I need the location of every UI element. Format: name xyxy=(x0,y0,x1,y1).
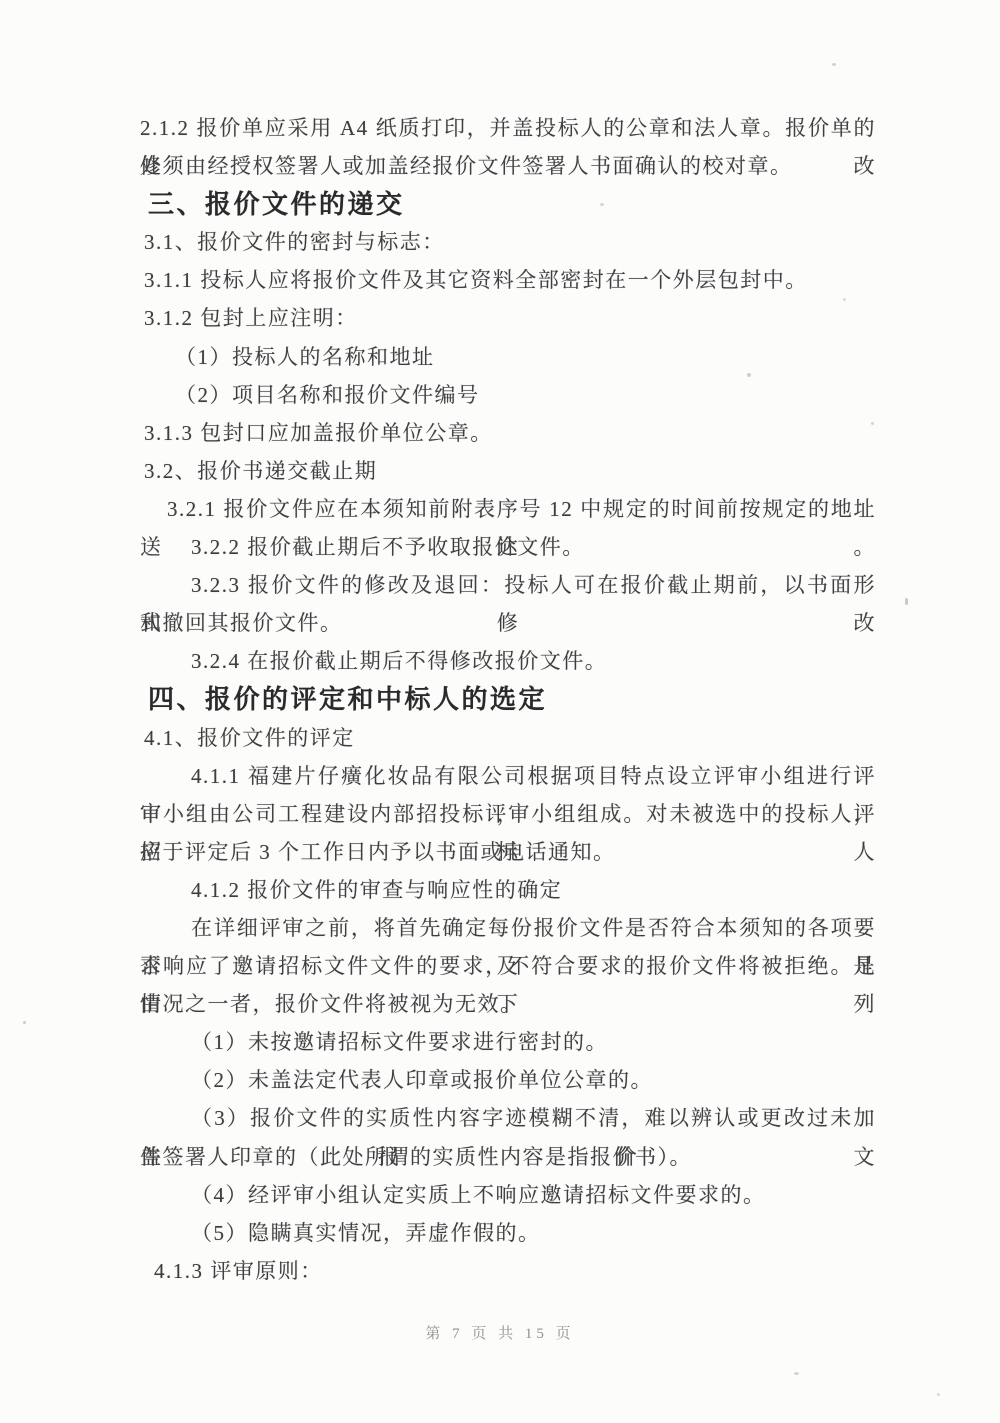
doc-line-4-1-1: 4.1.1 福建片仔癀化妆品有限公司根据项目特点设立评审小组进行评审，评 xyxy=(140,757,876,795)
doc-line-3-1-3: 3.1.3 包封口应加盖报价单位公章。 xyxy=(140,414,876,452)
doc-line-3-2-4: 3.2.4 在报价截止期后不得修改报价文件。 xyxy=(140,642,876,680)
scan-speck xyxy=(23,1021,26,1024)
doc-line-4-1-1-cont-1: 审小组由公司工程建设内部招投标评审小组组成。对未被选中的投标人，招标人 xyxy=(140,795,876,833)
doc-line-3-1-2-item-1: （1）投标人的名称和地址 xyxy=(140,338,876,376)
doc-line-invalid-item-1: （1）未按邀请招标文件要求进行密封的。 xyxy=(140,1023,876,1061)
scan-speck xyxy=(832,63,836,66)
doc-line-4-1-3: 4.1.3 评审原则： xyxy=(140,1252,876,1290)
section-heading-3: 三、报价文件的递交 xyxy=(140,185,876,223)
doc-line-invalid-item-3: （3）报价文件的实质性内容字迹模糊不清，难以辨认或更改过未加盖报价文 xyxy=(140,1099,876,1137)
doc-line-3-1-1: 3.1.1 投标人应将报价文件及其它资料全部密封在一个外层包封中。 xyxy=(140,261,876,299)
doc-line-4-1-2-cont-1: 否响应了邀请招标文件文件的要求，不符合要求的报价文件将被拒绝。凡由下列 xyxy=(140,947,876,985)
scan-speck xyxy=(937,1393,940,1396)
doc-line-4-1-2: 4.1.2 报价文件的审查与响应性的确定 xyxy=(140,871,876,909)
doc-line-invalid-item-5: （5）隐瞒真实情况，弄虚作假的。 xyxy=(140,1214,876,1252)
doc-line-3-1-2-item-2: （2）项目名称和报价文件编号 xyxy=(140,376,876,414)
section-heading-4: 四、报价的评定和中标人的选定 xyxy=(140,680,876,718)
scan-speck xyxy=(905,598,908,605)
doc-line-3-1-2: 3.1.2 包封上应注明： xyxy=(140,299,876,337)
doc-line-invalid-item-2: （2）未盖法定代表人印章或报价单位公章的。 xyxy=(140,1061,876,1099)
doc-line-3-2: 3.2、报价书递交截止期 xyxy=(140,452,876,490)
page-number: 第 7 页 共 15 页 xyxy=(425,1326,574,1342)
doc-line-3-2-3: 3.2.3 报价文件的修改及退回：投标人可在报价截止期前，以书面形式修改 xyxy=(140,566,876,604)
doc-line-2-1-2-cont: 处须由经授权签署人或加盖经报价文件签署人书面确认的校对章。 xyxy=(140,147,876,185)
scan-speck xyxy=(794,1372,799,1375)
page-footer: 第 7 页 共 15 页 xyxy=(0,1322,1000,1343)
scanned-document-page: 2.1.2 报价单应采用 A4 纸质打印，并盖投标人的公章和法人章。报价单的修改… xyxy=(0,0,1000,1423)
doc-line-4-1: 4.1、报价文件的评定 xyxy=(140,719,876,757)
doc-line-invalid-item-4: （4）经评审小组认定实质上不响应邀请招标文件要求的。 xyxy=(140,1176,876,1214)
doc-line-2-1-2: 2.1.2 报价单应采用 A4 纸质打印，并盖投标人的公章和法人章。报价单的修改 xyxy=(140,109,876,147)
doc-line-4-1-2-para: 在详细评审之前，将首先确定每份报价文件是否符合本须知的各项要求及是 xyxy=(140,909,876,947)
doc-line-3-1: 3.1、报价文件的密封与标志： xyxy=(140,223,876,261)
doc-line-3-2-1: 3.2.1 报价文件应在本须知前附表序号 12 中规定的时间前按规定的地址送达。 xyxy=(140,490,876,528)
document-body: 2.1.2 报价单应采用 A4 纸质打印，并盖投标人的公章和法人章。报价单的修改… xyxy=(140,109,876,1290)
